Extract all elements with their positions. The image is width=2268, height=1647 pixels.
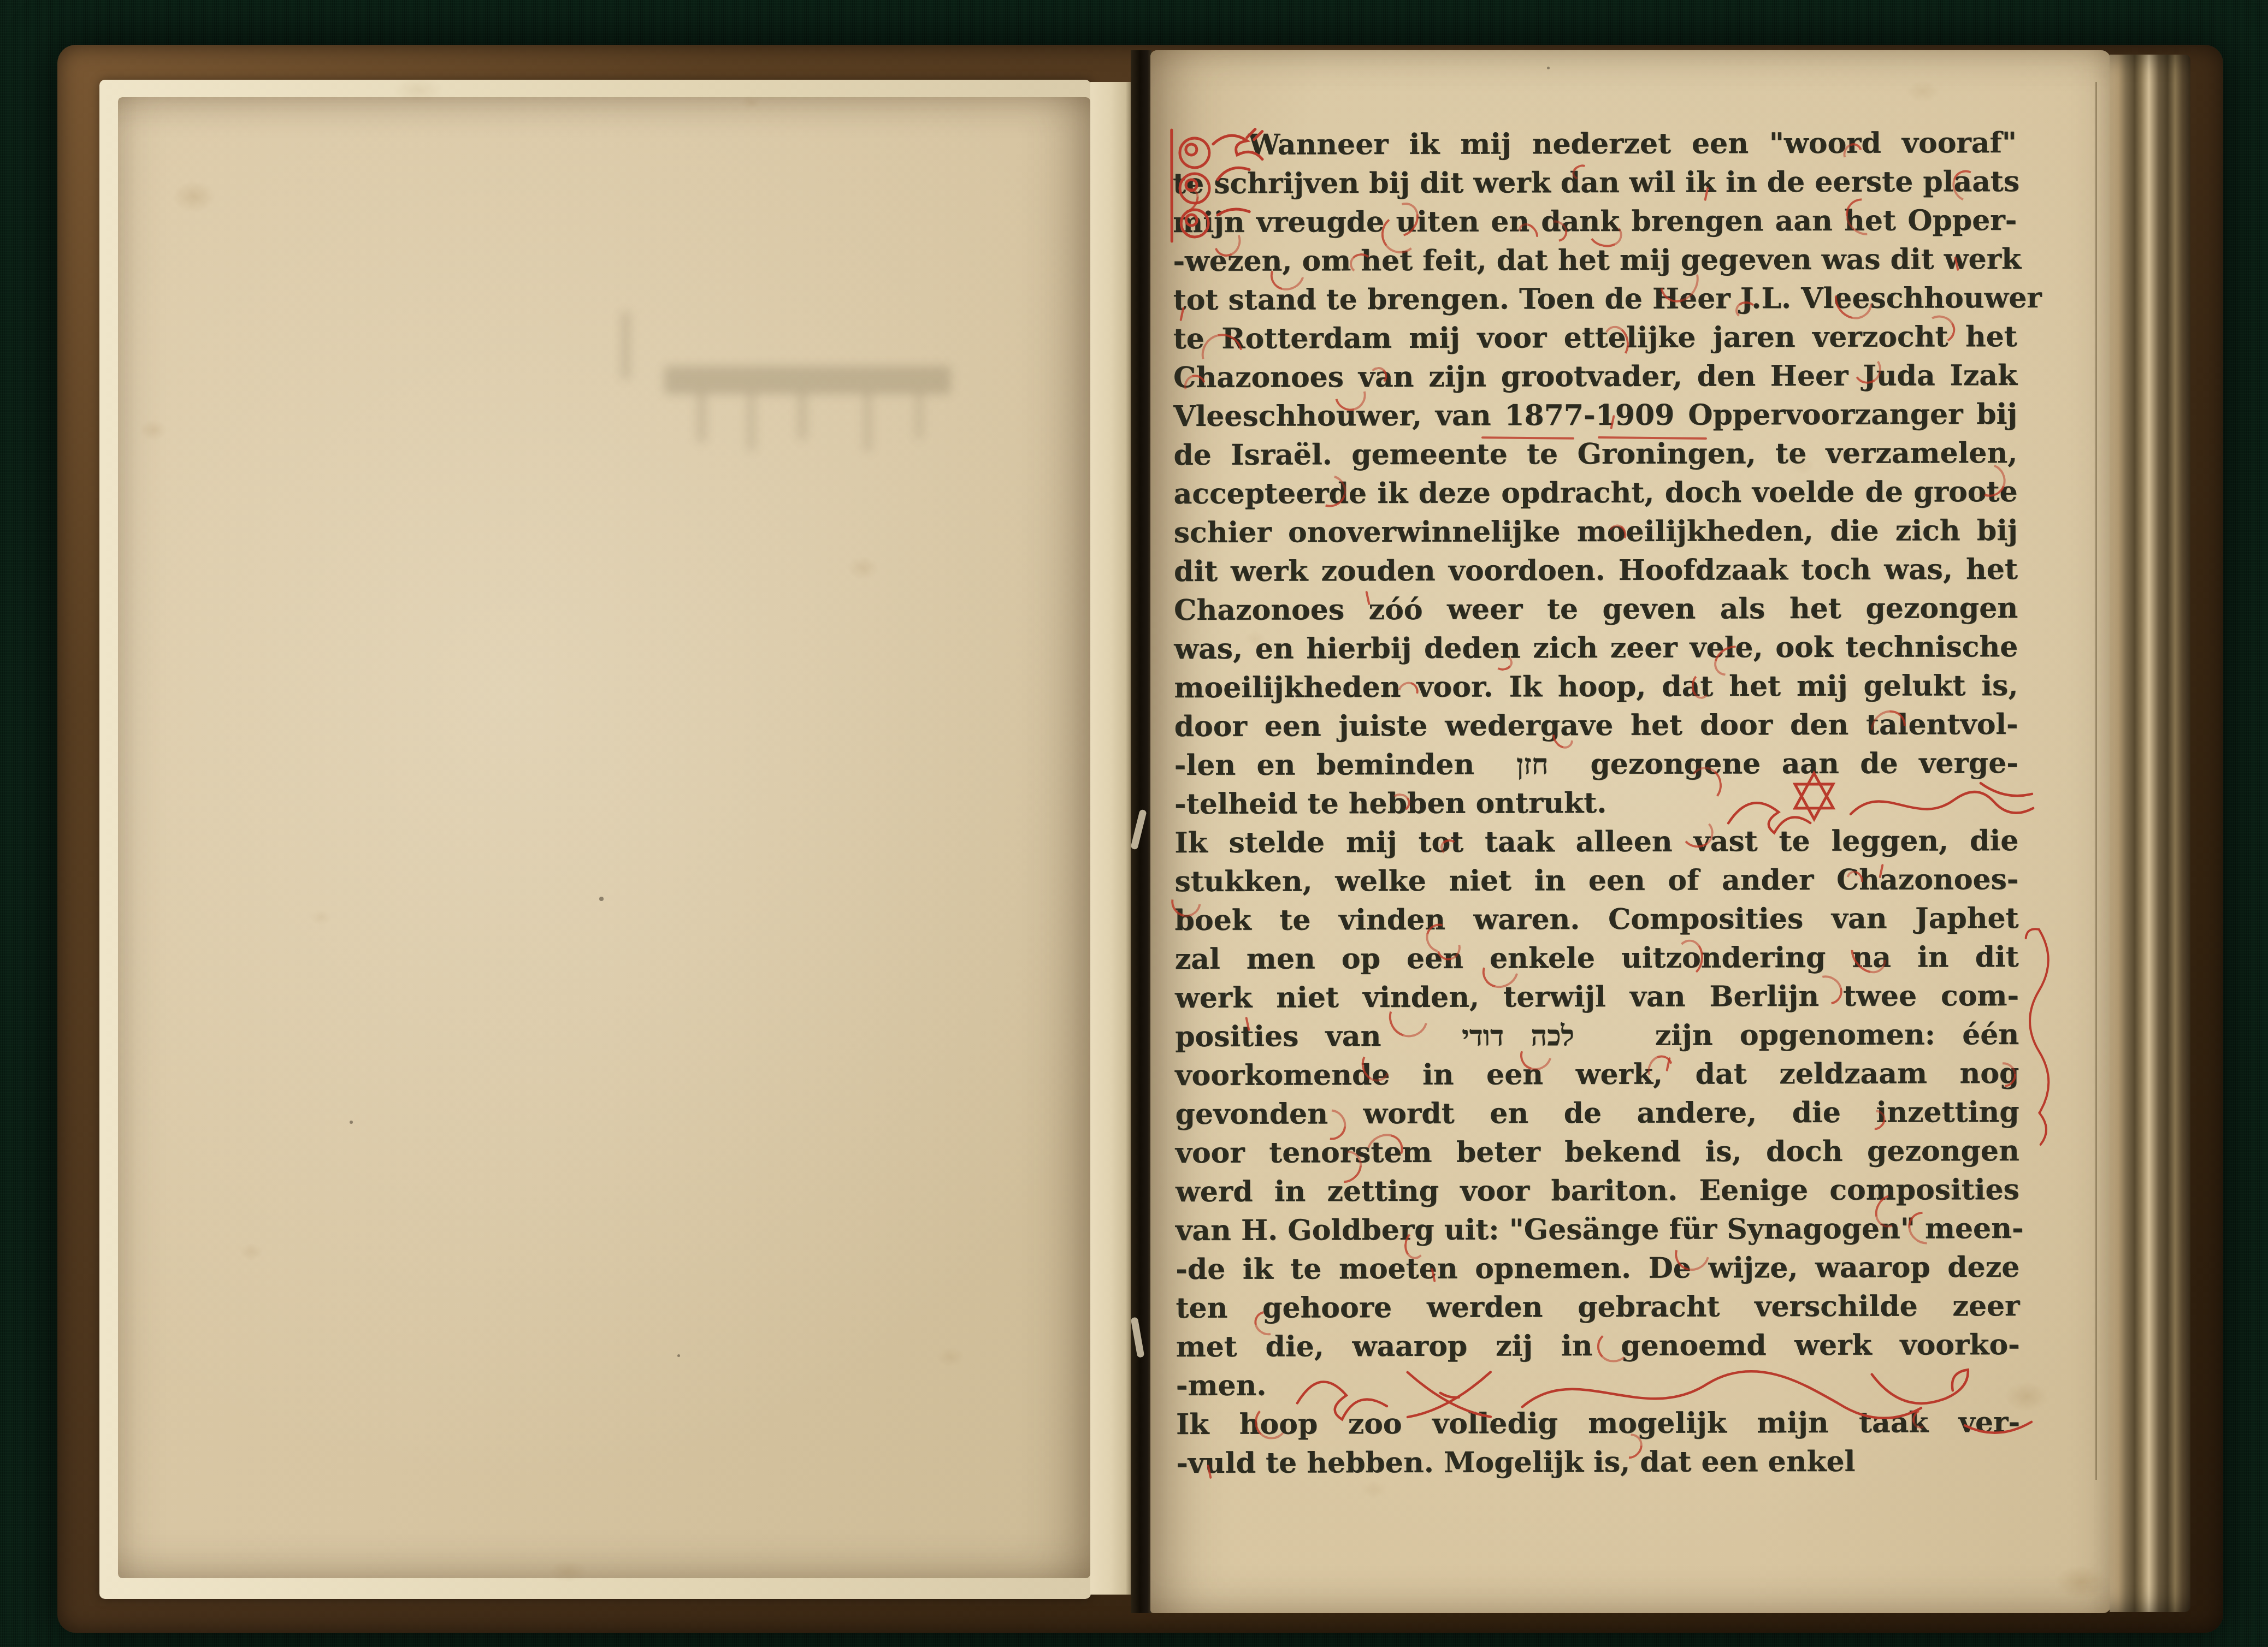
foxing-stain <box>841 552 885 584</box>
smudge-stroke <box>697 391 706 443</box>
manuscript-line: zal men op een enkele uitzondering na in… <box>1175 938 2019 979</box>
manuscript-line: Wanneer ik mij nederzet een "woord voora… <box>1173 123 2017 164</box>
foxing-stain <box>1997 1376 2057 1417</box>
foxing-stain <box>1898 76 1947 106</box>
manuscript-line: schier onoverwinnelijke moeilijkheden, d… <box>1174 511 2018 552</box>
manuscript-line: -men. <box>1176 1364 2020 1405</box>
manuscript-line: -vuld te hebben. Mogelijk is, dat een en… <box>1176 1442 2020 1483</box>
foxing-stain <box>737 93 765 112</box>
ink-bleedthrough-smudge <box>631 332 981 463</box>
manuscript-line: Vleeschhouwer, van 1877-1909 Oppervoorza… <box>1173 395 2017 436</box>
manuscript-line: -de ik te moeten opnemen. De wijze, waar… <box>1176 1248 2019 1289</box>
ink-speck <box>599 897 604 901</box>
foxing-stain <box>1786 453 1819 478</box>
foxing-stain <box>2046 1559 2117 1605</box>
manuscript-line: door een juiste wedergave het door den t… <box>1174 705 2018 746</box>
page-crease-line <box>2095 82 2097 1480</box>
page-stack-fore-edge <box>2110 55 2190 1612</box>
foxing-stain <box>235 1240 268 1264</box>
manuscript-line: -len en beminden חזן gezongene aan de ve… <box>1174 744 2018 785</box>
manuscript-line: moeilijkheden voor. Ik hoop, dat het mij… <box>1174 666 2018 707</box>
manuscript-line: tot stand te brengen. Toen de Heer J.L. … <box>1173 279 2017 319</box>
manuscript-line: posities van לכה דודי zijn opgenomen: éé… <box>1175 1015 2019 1056</box>
manuscript-line: dit werk zouden voordoen. Hoofdzaak toch… <box>1174 550 2018 591</box>
manuscript-line: Ik stelde mij tot taak alleen vast te le… <box>1174 821 2018 862</box>
ink-speck <box>350 1121 353 1124</box>
smudge-bar <box>664 366 951 394</box>
smudge-stroke <box>622 311 630 380</box>
ink-speck <box>1547 67 1550 69</box>
foxing-stain <box>382 71 453 109</box>
manuscript-line: werd in zetting voor bariton. Eenige com… <box>1176 1170 2019 1211</box>
manuscript-line: -telheid te hebben ontrukt. <box>1174 783 2018 824</box>
foxing-stain <box>164 175 224 218</box>
photograph-background: Wanneer ik mij nederzet een "woord voora… <box>0 0 2268 1647</box>
foxing-stain <box>1355 1477 1393 1502</box>
manuscript-line: gevonden wordt en de andere, die inzetti… <box>1175 1093 2019 1134</box>
binding-thread <box>1131 1317 1145 1358</box>
manuscript-line: werk niet vinden, terwijl van Berlijn tw… <box>1175 976 2019 1017</box>
manuscript-line: Chazonoes van zijn grootvader, den Heer … <box>1173 356 2017 397</box>
manuscript-line: voor tenorstem beter bekend is, doch gez… <box>1176 1131 2019 1172</box>
foxing-stain <box>134 415 172 445</box>
manuscript-line: mijn vreugde uiten en dank brengen aan h… <box>1173 201 2017 242</box>
smudge-stroke <box>916 391 923 439</box>
foxing-stain <box>541 1556 595 1586</box>
smudge-stroke <box>747 391 755 451</box>
manuscript-line: boek te vinden waren. Composities van Ja… <box>1174 899 2018 940</box>
smudge-stroke <box>798 391 807 440</box>
manuscript-line: Ik hoop zoo volledig mogelijk mijn taak … <box>1176 1403 2020 1444</box>
smudge-stroke <box>864 391 872 452</box>
gutter-hinge-tape <box>1090 82 1132 1595</box>
manuscript-line: de Israël. gemeente te Groningen, te ver… <box>1173 434 2017 475</box>
manuscript-line: stukken, welke niet in een of ander Chaz… <box>1174 860 2018 901</box>
foxing-stain <box>931 1343 970 1371</box>
manuscript-line: ten gehoore werden gebracht verschilde z… <box>1176 1287 2019 1328</box>
foxing-stain <box>1240 628 1270 650</box>
binding-thread <box>1130 809 1147 850</box>
manuscript-line: te schrijven bij dit werk dan wil ik in … <box>1173 162 2017 203</box>
manuscript-line: te Rotterdam mij voor ettelijke jaren ve… <box>1173 317 2017 358</box>
ink-speck <box>677 1354 680 1357</box>
manuscript-line: voorkomende in een werk, dat zeldzaam no… <box>1175 1054 2019 1095</box>
manuscript-line: Chazonoes zóó weer te geven als het gezo… <box>1174 589 2018 630</box>
manuscript-line: van H. Goldberg uit: "Gesänge für Synago… <box>1176 1209 2019 1250</box>
manuscript-line: was, en hierbij deden zich zeer vele, oo… <box>1174 627 2018 668</box>
manuscript-line: met die, waarop zij in genoemd werk voor… <box>1176 1325 2020 1366</box>
binding-gutter <box>1131 50 1151 1613</box>
manuscript-line: -wezen, om het feit, dat het mij gegeven… <box>1173 240 2017 281</box>
manuscript-line: accepteerde ik deze opdracht, doch voeld… <box>1173 472 2017 513</box>
manuscript-text-block: Wanneer ik mij nederzet een "woord voora… <box>1173 123 2021 1483</box>
foxing-stain <box>306 907 336 928</box>
